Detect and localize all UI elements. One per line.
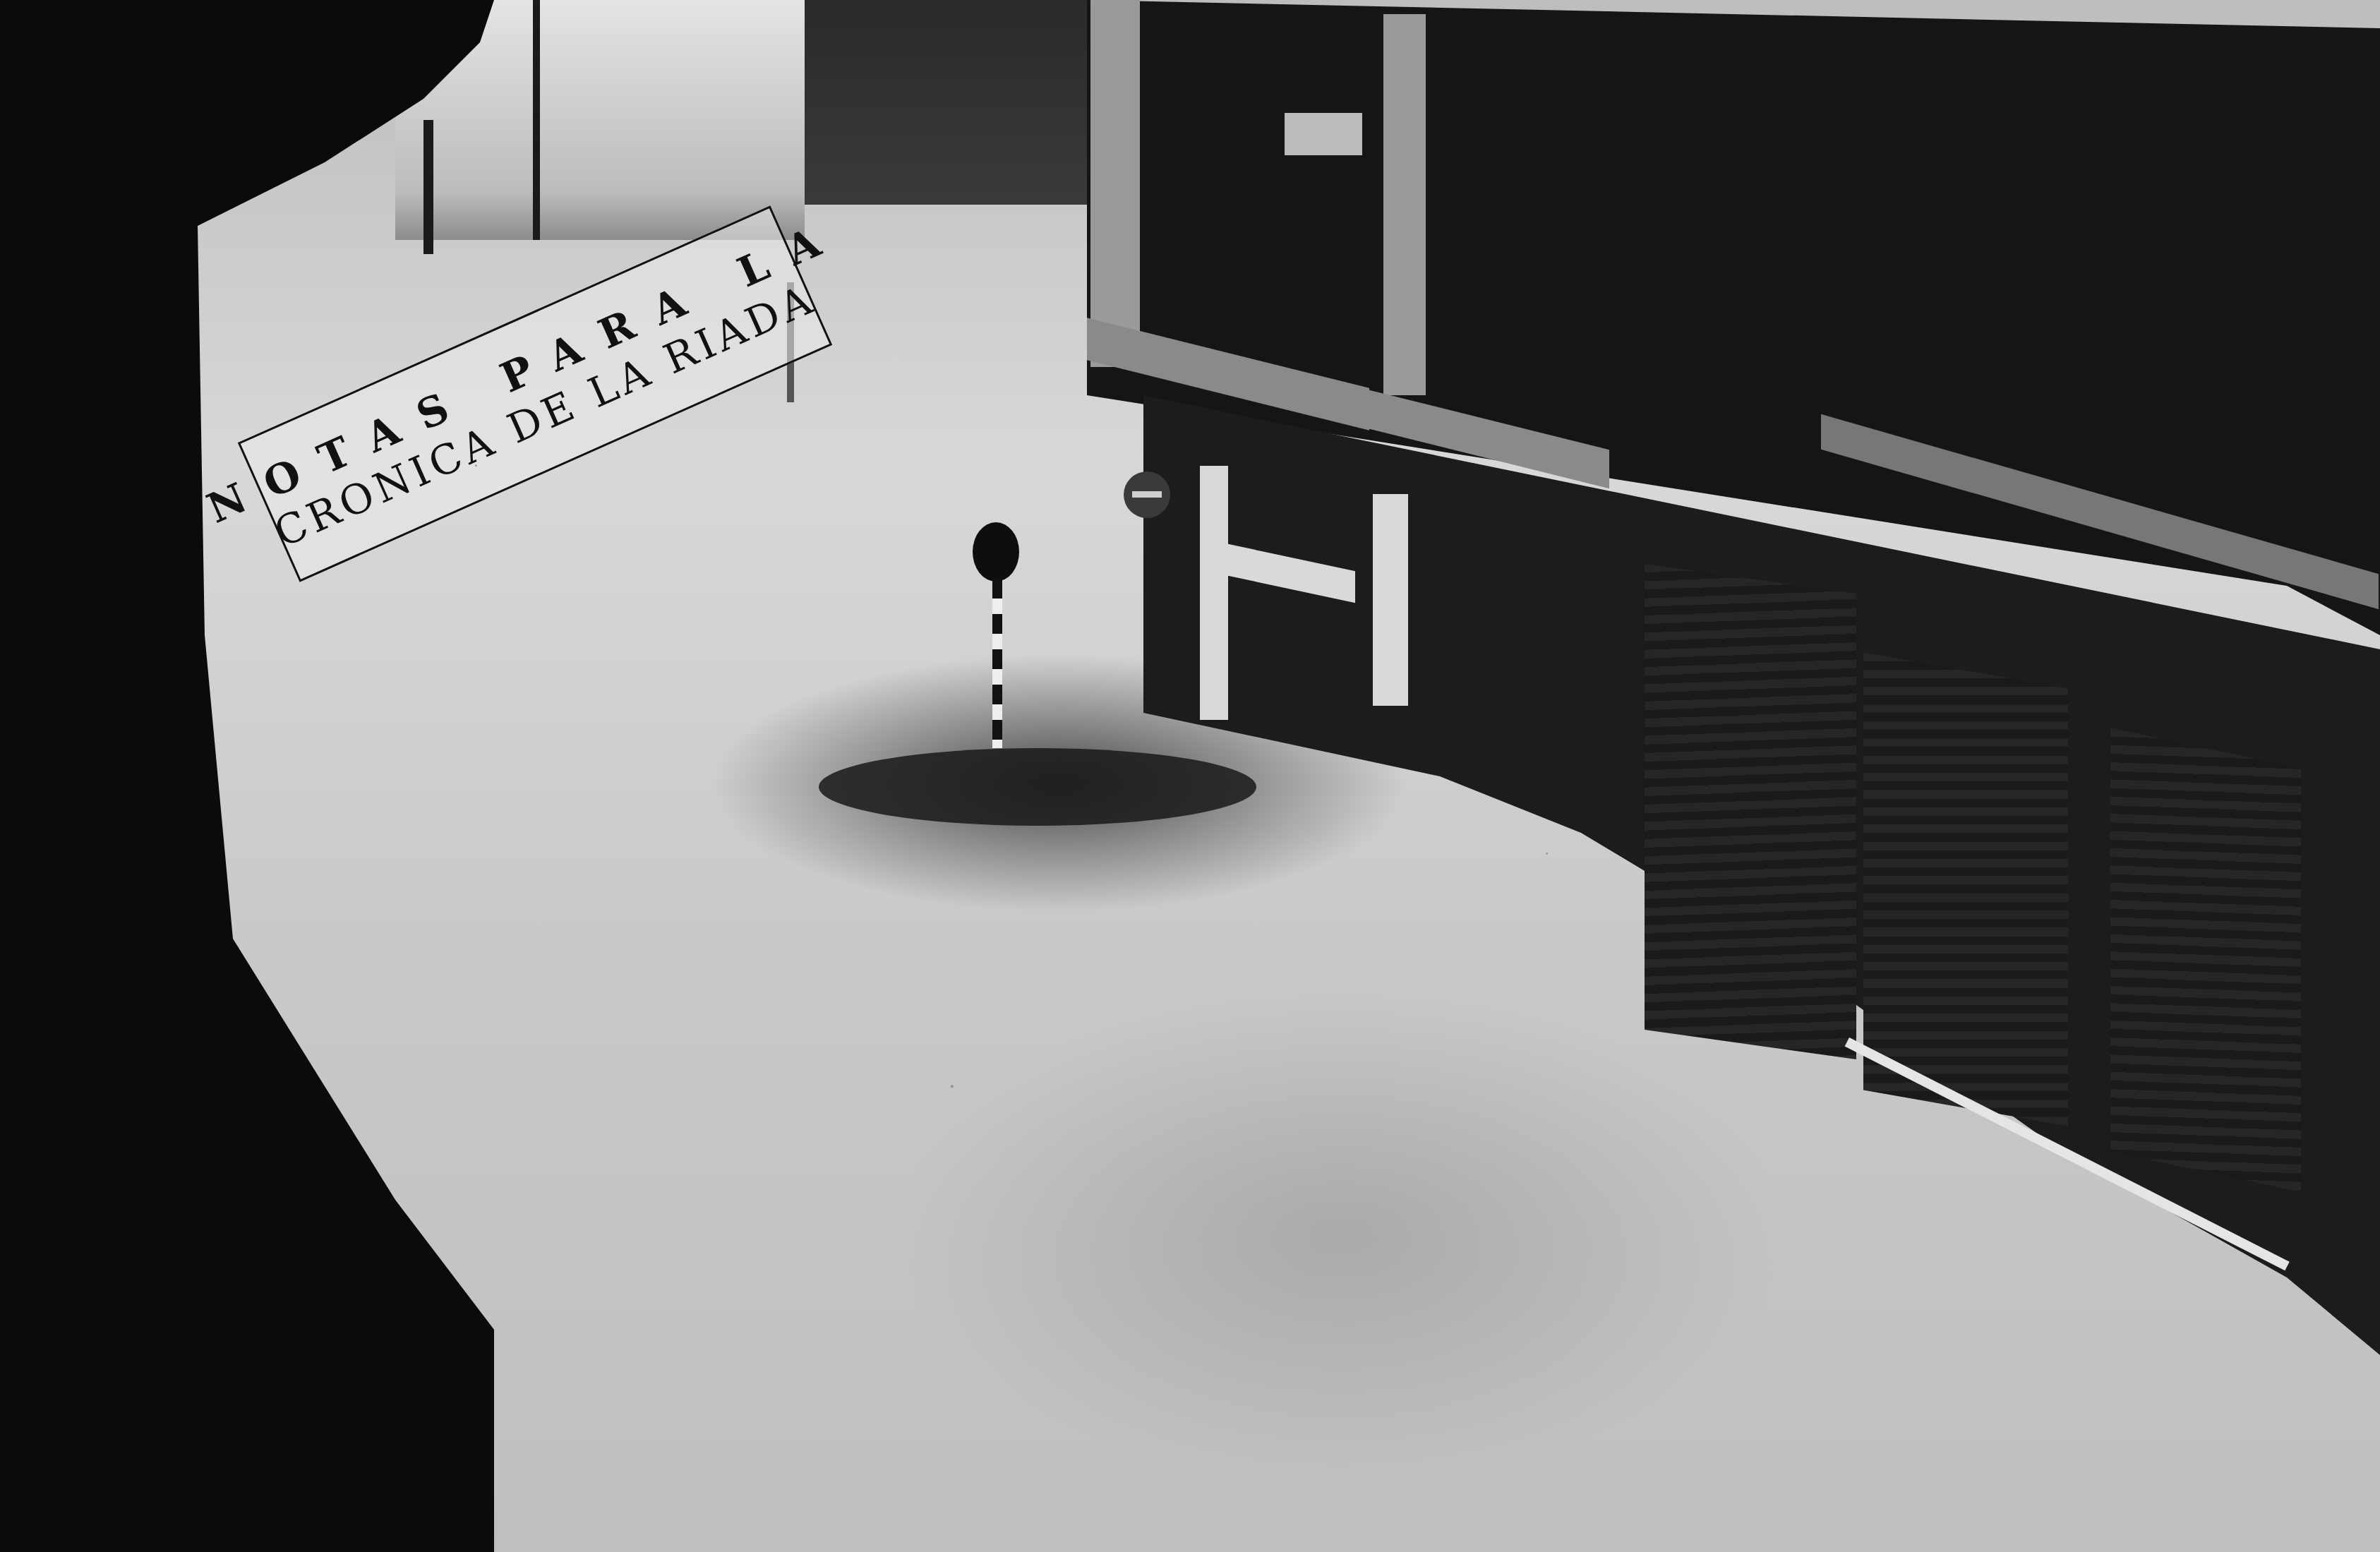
shop-window — [1200, 466, 1228, 720]
building-column — [1090, 0, 1140, 367]
caption-stamp: NOTAS PARA LA CRONICA DE LA RIADA — [238, 205, 832, 582]
no-entry-sign-icon — [1124, 471, 1170, 518]
shop-window — [1373, 494, 1408, 706]
background-building — [805, 0, 1087, 205]
round-sign-icon — [973, 522, 1019, 582]
building-column — [1383, 14, 1426, 395]
debris-shadow — [819, 748, 1256, 826]
background-pole — [423, 120, 433, 254]
stamp-line-1: NOTAS PARA LA — [200, 209, 850, 534]
stamp-line-2: CRONICA DE LA RIADA — [267, 275, 822, 558]
background-pole — [533, 0, 540, 240]
shop-shutter — [1645, 564, 1856, 1059]
shop-shutter — [1863, 652, 2068, 1126]
striped-sign-pole — [992, 579, 1002, 748]
shop-shutter — [2110, 728, 2301, 1191]
window — [1285, 113, 1362, 155]
flood-street-photo: NOTAS PARA LA CRONICA DE LA RIADA — [0, 0, 2380, 1552]
